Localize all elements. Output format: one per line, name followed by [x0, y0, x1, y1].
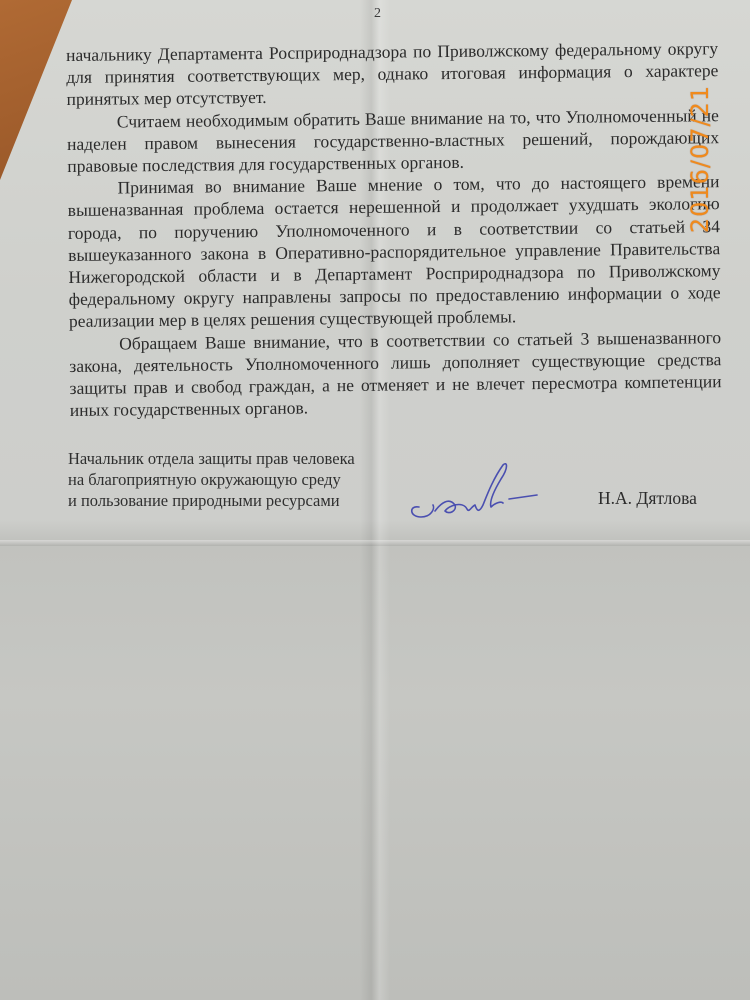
- camera-date-stamp: 2016/07/21: [686, 79, 714, 239]
- paragraph-2: Считаем необходимым обратить Ваше вниман…: [67, 104, 720, 177]
- position-line-3: и пользование природными ресурсами: [68, 490, 355, 511]
- paper-fold-line: [0, 540, 750, 546]
- signatory-position: Начальник отдела защиты прав человека на…: [68, 448, 355, 511]
- document-page: 2 начальнику Департамента Росприроднадзо…: [0, 0, 750, 1000]
- signer-name: Н.А. Дятлова: [598, 488, 697, 509]
- handwritten-signature-icon: [405, 455, 555, 525]
- page-number: 2: [374, 6, 381, 22]
- paragraph-1: начальнику Департамента Росприроднадзора…: [66, 37, 719, 110]
- photo-scene: 2 начальнику Департамента Росприроднадзо…: [0, 0, 750, 1000]
- paragraph-3: Принимая во внимание Ваше мнение о том, …: [67, 170, 721, 332]
- position-line-2: на благоприятную окружающую среду: [68, 469, 355, 490]
- position-line-1: Начальник отдела защиты прав человека: [68, 448, 355, 469]
- paragraph-4: Обращаем Ваше внимание, что в соответств…: [69, 326, 722, 422]
- letter-body: начальнику Департамента Росприроднадзора…: [66, 37, 722, 421]
